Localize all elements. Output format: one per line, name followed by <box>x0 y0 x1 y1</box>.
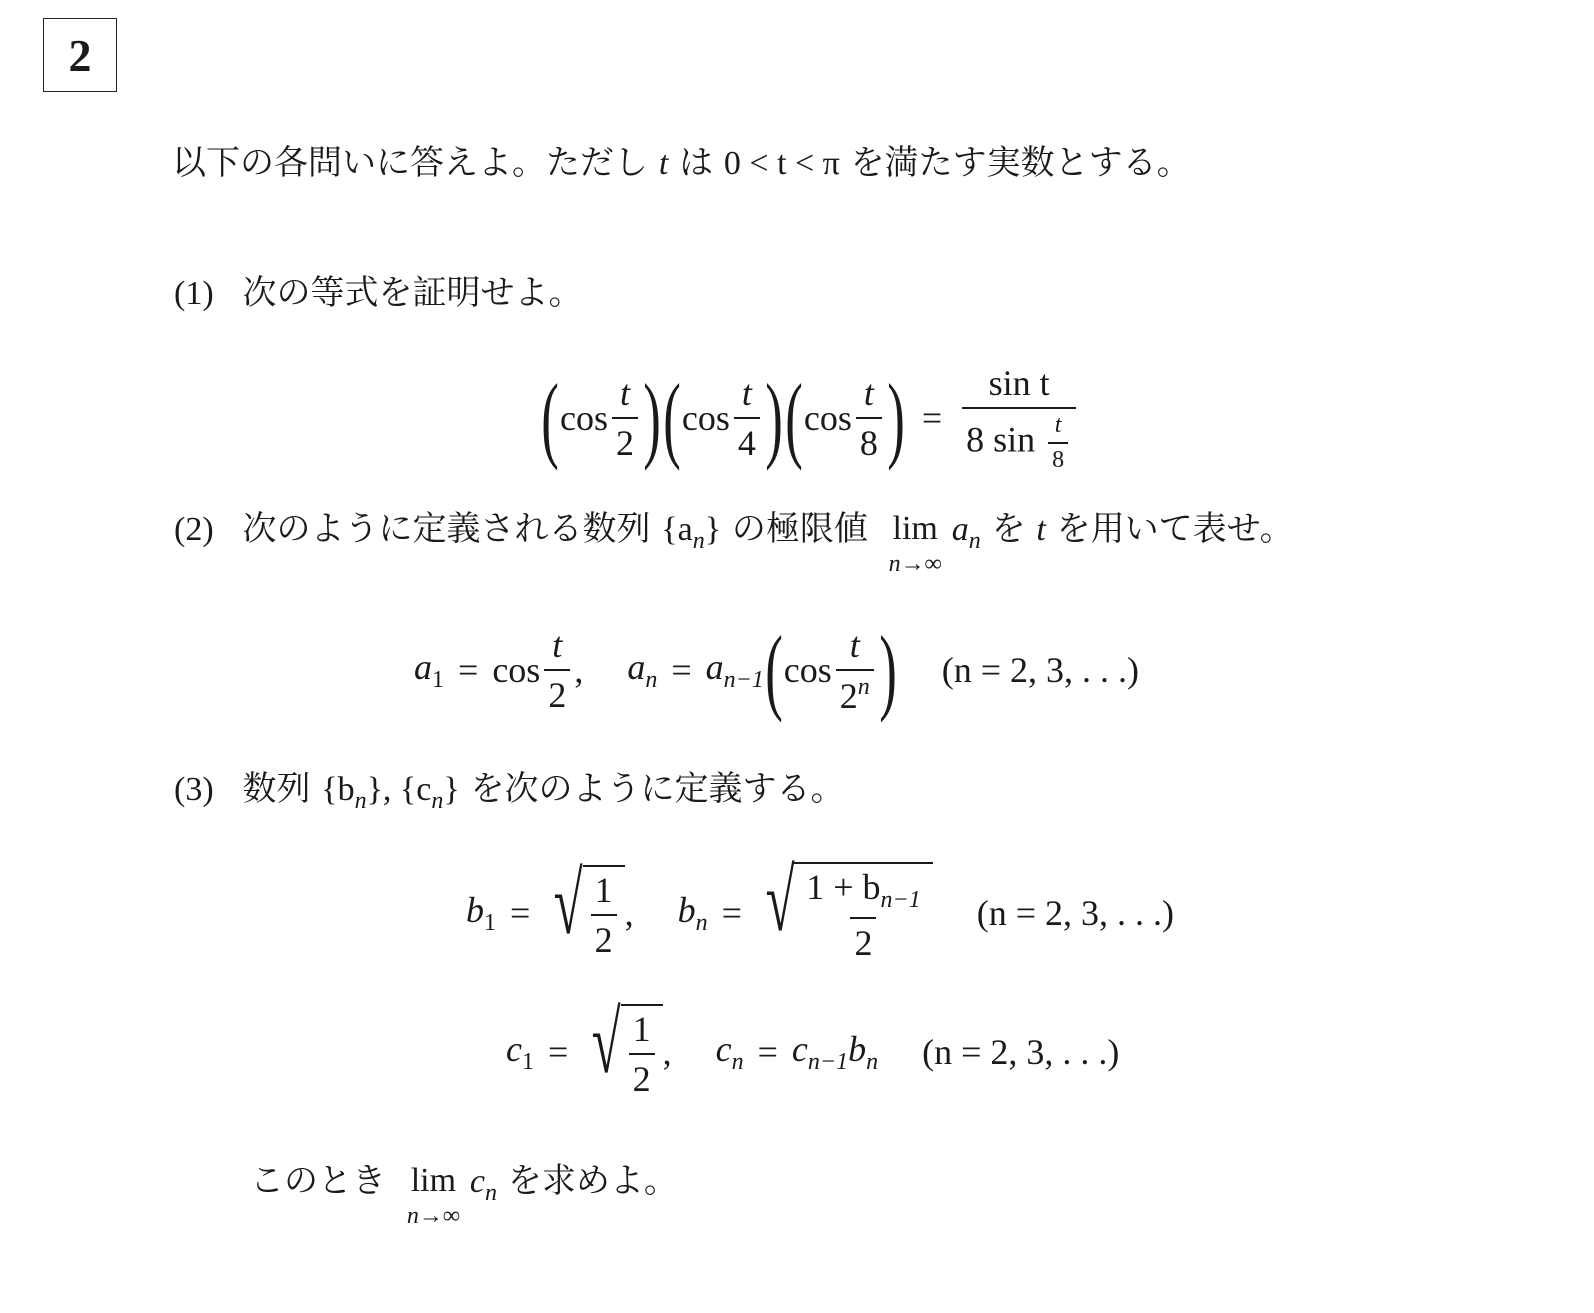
equals: = <box>510 892 530 934</box>
numerator: t <box>846 624 864 669</box>
sub: n <box>485 1180 497 1206</box>
fraction: t2 <box>544 624 570 716</box>
numerator: t <box>1051 412 1066 442</box>
equals: = <box>548 1031 568 1073</box>
a1: a <box>414 647 432 687</box>
sub: n <box>696 910 708 936</box>
b-definition: b1 = √12, bn = √1 + bn−12 (n = 2, 3, . .… <box>466 862 1174 964</box>
denominator: 2 <box>591 914 617 961</box>
part2-definition: a1 = cos t2, an = an−1 ( cos t2n ) (n = … <box>414 622 1139 718</box>
radical-icon: √ <box>592 1004 621 1100</box>
cn: c <box>716 1029 732 1069</box>
c1: c <box>506 1029 522 1069</box>
part-text: 次のように定義される数列 <box>242 509 650 549</box>
fraction: t4 <box>734 372 760 464</box>
sub: n−1 <box>808 1049 848 1075</box>
cos: cos <box>560 397 608 439</box>
part-text: を <box>992 509 1026 549</box>
an: a <box>952 511 969 548</box>
anm1: a <box>706 647 724 687</box>
equals: = <box>722 892 742 934</box>
part2-heading: (2) 次のように定義される数列 {an} の極限値 limn→∞an を t … <box>174 512 1294 576</box>
numerator: 1 <box>591 869 617 914</box>
sup: n <box>858 674 870 700</box>
rhs-den-text: 8 sin <box>966 419 1035 459</box>
range: (n = 2, 3, . . .) <box>942 649 1139 691</box>
cnm1: c <box>792 1029 808 1069</box>
fraction: t2n <box>836 624 874 717</box>
part-label: (3) <box>174 771 214 808</box>
lim: lim <box>893 512 938 546</box>
fraction: t8 <box>856 372 882 464</box>
brace: } <box>443 771 459 808</box>
part-text: を用いて表せ。 <box>1057 509 1294 549</box>
paren-right: ) <box>879 622 897 718</box>
intro-text: 以下の各問いに答えよ。ただし <box>172 143 648 183</box>
sqrt: √12 <box>544 865 624 961</box>
bn: b <box>848 1029 866 1069</box>
part-label: (2) <box>174 511 214 548</box>
numerator: t <box>860 372 878 417</box>
denominator: 2 <box>850 917 876 964</box>
rhs-fraction: sin t 8 sin t8 <box>962 362 1076 474</box>
seq: {a <box>661 511 692 548</box>
paren-left: ( <box>541 370 559 466</box>
lim-under: n→∞ <box>889 552 942 576</box>
part-text: 次の等式を証明せよ。 <box>242 273 582 313</box>
radical-icon: √ <box>554 865 583 961</box>
cos: cos <box>784 649 832 691</box>
sub: n <box>732 1049 744 1075</box>
part1-equation: ( cos t2 ) ( cos t4 ) ( cos t8 ) = sin t… <box>540 362 1080 474</box>
denominator: 2 <box>544 669 570 716</box>
numerator: t <box>616 372 634 417</box>
limit: limn→∞ <box>407 1164 460 1228</box>
sub: n <box>866 1049 878 1075</box>
brace: } <box>705 511 721 548</box>
paren-left: ( <box>765 622 783 718</box>
denominator: 2 <box>840 676 858 716</box>
cos: cos <box>682 397 730 439</box>
sub: 1 <box>522 1049 534 1075</box>
sub: n <box>645 667 657 693</box>
range: (n = 2, 3, . . .) <box>922 1031 1119 1073</box>
paren-right: ) <box>887 370 905 466</box>
part-label: (1) <box>174 275 214 312</box>
denominator: 8 <box>856 417 882 464</box>
sub: n <box>431 788 443 814</box>
intro-text: は <box>679 143 713 183</box>
sqrt: √1 + bn−12 <box>756 862 933 964</box>
sub: 1 <box>432 667 444 693</box>
rhs-denominator: 8 sin t8 <box>962 407 1076 474</box>
sub: n−1 <box>881 887 921 913</box>
equals: = <box>922 397 942 439</box>
comma: , <box>574 649 583 691</box>
part1-heading: (1) 次の等式を証明せよ。 <box>174 276 582 311</box>
cos: cos <box>804 397 852 439</box>
paren-left: ( <box>663 370 681 466</box>
small-fraction: t8 <box>1048 412 1068 474</box>
equals: = <box>758 1031 778 1073</box>
part-text: を次のように定義する。 <box>470 769 844 809</box>
numerator: t <box>548 624 566 669</box>
sub: n <box>693 528 705 554</box>
var-t: t <box>659 145 668 182</box>
paren-right: ) <box>765 370 783 466</box>
equals: = <box>671 649 691 691</box>
sqrt: √12 <box>582 1004 662 1100</box>
cos: cos <box>492 649 540 691</box>
denominator: 2 <box>612 417 638 464</box>
problem-number: 2 <box>69 29 92 82</box>
sub: n−1 <box>724 667 764 693</box>
c-definition: c1 = √12, cn = cn−1bn (n = 2, 3, . . .) <box>506 1004 1119 1100</box>
denominator: 2 <box>629 1053 655 1100</box>
range: (n = 2, 3, . . .) <box>977 892 1174 934</box>
b1: b <box>466 890 484 930</box>
part3-heading: (3) 数列 {bn}, {cn} を次のように定義する。 <box>174 772 844 813</box>
sub: n <box>355 788 367 814</box>
part-text: 数列 <box>242 769 310 809</box>
bn: b <box>678 890 696 930</box>
comma: , <box>625 892 634 934</box>
denominator: 8 <box>1048 442 1068 474</box>
rhs-numerator: sin t <box>985 362 1054 407</box>
cn: c <box>470 1163 485 1200</box>
equals: = <box>458 649 478 691</box>
sub: n <box>969 528 981 554</box>
paren-left: ( <box>785 370 803 466</box>
part-text: の極限値 <box>732 509 868 549</box>
problem-number-box: 2 <box>43 18 117 92</box>
lim: lim <box>411 1164 456 1198</box>
numerator: t <box>738 372 756 417</box>
comma: , <box>663 1031 672 1073</box>
radical-icon: √ <box>766 862 795 964</box>
var-t: t <box>1036 511 1045 548</box>
seq: }, {c <box>367 771 432 808</box>
fraction: t2 <box>612 372 638 464</box>
an: a <box>627 647 645 687</box>
intro-text: を満たす実数とする。 <box>851 143 1191 183</box>
seq: {b <box>321 771 354 808</box>
sub: 1 <box>484 910 496 936</box>
numerator: 1 + b <box>806 867 880 907</box>
limit: limn→∞ <box>889 512 942 576</box>
condition: 0 < t < π <box>724 145 840 182</box>
part3-question: このとき limn→∞cn を求めよ。 <box>250 1164 678 1228</box>
denominator: 4 <box>734 417 760 464</box>
lim-under: n→∞ <box>407 1204 460 1228</box>
numerator: 1 <box>629 1008 655 1053</box>
part-text: を求めよ。 <box>508 1161 678 1201</box>
intro-sentence: 以下の各問いに答えよ。ただし t は 0 < t < π を満たす実数とする。 <box>172 146 1191 181</box>
paren-right: ) <box>643 370 661 466</box>
part-text: このとき <box>250 1161 386 1201</box>
